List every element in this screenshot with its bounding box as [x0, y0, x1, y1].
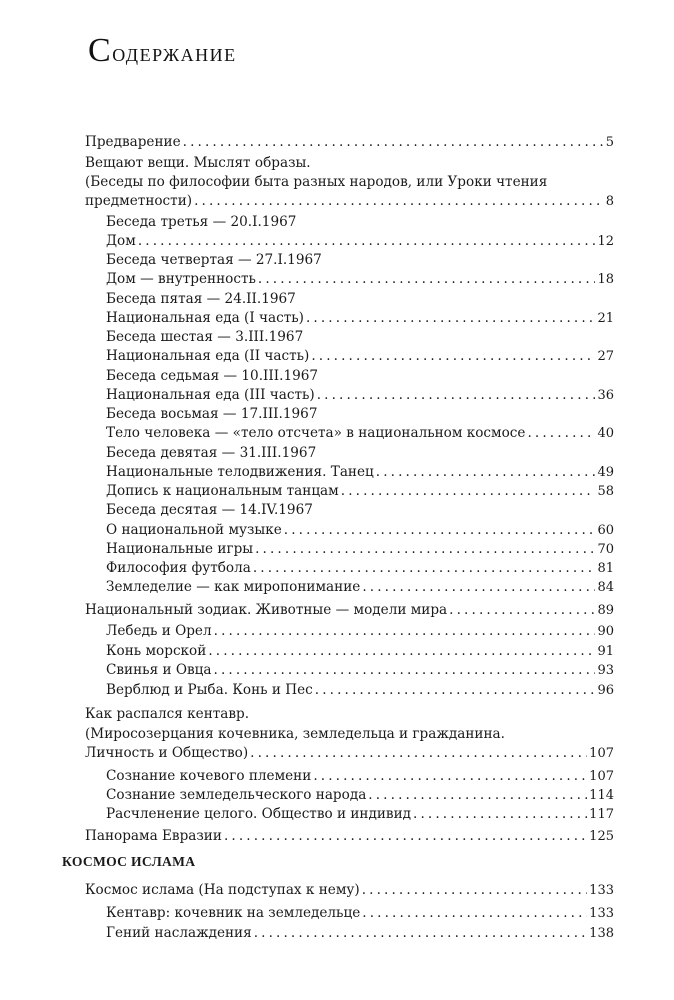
toc-entry-title: Национальная еда (III часть) [106, 385, 315, 405]
dot-leader [413, 804, 587, 824]
toc-page-number: 40 [597, 424, 614, 444]
toc-page-number: 18 [597, 270, 614, 290]
toc-entry[interactable]: Национальные игры70 [106, 539, 614, 559]
toc-entry: Беседа шестая — 3.III.1967 [106, 327, 614, 347]
dot-leader [208, 641, 595, 661]
toc-entry-title: Философия футбола [106, 558, 251, 578]
toc-entry[interactable]: предметности)8 [85, 191, 614, 211]
dot-leader [194, 191, 604, 211]
toc-entry: Беседа девятая — 31.III.1967 [106, 443, 614, 463]
dot-leader [362, 903, 587, 923]
toc-entry-title: Беседа пятая — 24.II.1967 [106, 289, 296, 309]
toc-entry: Беседа десятая — 14.IV.1967 [106, 500, 614, 520]
dot-leader [250, 743, 587, 763]
toc-entry[interactable]: Национальный зодиак. Животные — модели м… [85, 600, 614, 620]
dot-leader [258, 269, 596, 289]
toc-page-number: 117 [589, 805, 614, 825]
toc-entry[interactable]: Верблюд и Рыба. Конь и Пес96 [106, 680, 614, 700]
toc-entry-title: Гений наслаждения [106, 923, 252, 943]
dot-leader [311, 346, 595, 366]
toc-entry-title: Допись к национальным танцам [106, 481, 339, 501]
toc-entry-title: Национальные телодвижения. Танец [106, 462, 374, 482]
dot-leader [254, 923, 587, 943]
toc-entry-title: Национальный зодиак. Животные — модели м… [85, 600, 447, 620]
toc-page-number: 107 [589, 744, 614, 764]
toc-entry[interactable]: Дом12 [106, 231, 614, 251]
dot-leader [315, 680, 596, 700]
toc-entry-title: Свинья и Овца [106, 660, 212, 680]
toc-page-number: 8 [606, 192, 614, 212]
toc-entry-title: Национальные игры [106, 539, 253, 559]
toc-entry-title: Тело человека — «тело отсчета» в национа… [106, 423, 525, 443]
toc-entry-title: Вещают вещи. Мыслят образы. [85, 153, 311, 173]
toc-entry[interactable]: О национальной музыке60 [106, 520, 614, 540]
toc-entry[interactable]: Дом — внутренность18 [106, 269, 614, 289]
page-title-rest: одержание [112, 38, 236, 67]
toc-page-number: 133 [589, 881, 614, 901]
toc-entry[interactable]: Панорама Евразии125 [85, 826, 614, 846]
toc-page-number: 90 [597, 622, 614, 642]
toc-entry: (Беседы по философии быта разных народов… [85, 172, 614, 192]
toc-entry: (Миросозерцания кочевника, земледельца и… [85, 724, 614, 744]
page-title-initial: С [88, 32, 112, 69]
toc-entry-title: Дом — внутренность [106, 269, 256, 289]
toc-page-number: 5 [606, 133, 614, 153]
toc-entry: Беседа четвертая — 27.I.1967 [106, 250, 614, 270]
toc-entry-title: Беседа шестая — 3.III.1967 [106, 327, 303, 347]
toc-entry: Как распался кентавр. [85, 704, 614, 724]
toc-entry-title: Личность и Общество) [85, 743, 248, 763]
toc-page-number: 58 [597, 482, 614, 502]
dot-leader [255, 539, 595, 559]
dot-leader [527, 423, 595, 443]
toc-entry-title: Беседа восьмая — 17.III.1967 [106, 404, 317, 424]
toc-entry-title: Лебедь и Орел [106, 621, 212, 641]
toc-entry-title: (Миросозерцания кочевника, земледельца и… [85, 724, 505, 744]
toc-entry-title: Кентавр: кочевник на земледельце [106, 903, 360, 923]
toc-entry[interactable]: Лебедь и Орел90 [106, 621, 614, 641]
toc-entry-title: Сознание кочевого племени [106, 766, 311, 786]
toc-page-number: 84 [597, 578, 614, 598]
toc-page-number: 133 [589, 904, 614, 924]
toc-entry[interactable]: Гений наслаждения138 [106, 923, 614, 943]
toc-page-number: 91 [597, 642, 614, 662]
toc-entry-title: Национальная еда (I часть) [106, 308, 304, 328]
toc-page-number: 96 [597, 681, 614, 701]
page-title: Содержание [88, 32, 237, 70]
toc-entry[interactable]: Расчленение целого. Общество и индивид11… [106, 804, 614, 824]
dot-leader [183, 132, 604, 152]
toc-entry[interactable]: Космос ислама (На подступах к нему)133 [85, 880, 614, 900]
toc-entry[interactable]: Предварение5 [85, 132, 614, 152]
dot-leader [317, 385, 596, 405]
dot-leader [214, 660, 596, 680]
toc-page-number: 81 [597, 559, 614, 579]
toc-entry: Беседа пятая — 24.II.1967 [106, 289, 614, 309]
toc-entry[interactable]: Национальные телодвижения. Танец49 [106, 462, 614, 482]
toc-entry: Вещают вещи. Мыслят образы. [85, 153, 614, 173]
toc-page-number: 60 [597, 521, 614, 541]
toc-entry-title: Беседа третья — 20.I.1967 [106, 212, 296, 232]
toc-page-number: 21 [597, 309, 614, 329]
toc-entry-title: Конь морской [106, 641, 206, 661]
dot-leader [253, 558, 596, 578]
dot-leader [362, 577, 595, 597]
dot-leader [376, 462, 596, 482]
toc-entry[interactable]: Конь морской91 [106, 641, 614, 661]
toc-entry-title: Сознание земледельческого народа [106, 785, 366, 805]
toc-entry[interactable]: Допись к национальным танцам58 [106, 481, 614, 501]
toc-entry-title: О национальной музыке [106, 520, 282, 540]
toc-page-number: 27 [597, 347, 614, 367]
toc-page-number: 49 [597, 463, 614, 483]
toc-page-number: 125 [589, 827, 614, 847]
toc-entry-title: Беседа четвертая — 27.I.1967 [106, 250, 322, 270]
toc-entry[interactable]: Национальная еда (III часть)36 [106, 385, 614, 405]
toc-page-number: 89 [597, 601, 614, 621]
toc-entry[interactable]: Сознание земледельческого народа114 [106, 785, 614, 805]
toc-page-number: 36 [597, 386, 614, 406]
dot-leader [368, 785, 587, 805]
toc-entry[interactable]: Свинья и Овца93 [106, 660, 614, 680]
toc-page-number: 107 [589, 767, 614, 787]
toc-entry[interactable]: Национальная еда (I часть)21 [106, 308, 614, 328]
dot-leader [138, 231, 596, 251]
toc-entry[interactable]: Сознание кочевого племени107 [106, 766, 614, 786]
toc-entry-title: Панорама Евразии [85, 826, 222, 846]
toc-entry-title: Верблюд и Рыба. Конь и Пес [106, 680, 313, 700]
toc-entry-title: Предварение [85, 132, 181, 152]
dot-leader [224, 826, 587, 846]
toc-entry[interactable]: Тело человека — «тело отсчета» в национа… [106, 423, 614, 443]
toc-entry-title: Космос ислама (На подступах к нему) [85, 880, 360, 900]
toc-entry-title: Национальная еда (II часть) [106, 346, 309, 366]
toc-entry-title: Беседа десятая — 14.IV.1967 [106, 500, 313, 520]
toc-page-number: 12 [597, 232, 614, 252]
toc-entry-title: Как распался кентавр. [85, 704, 249, 724]
toc-entry[interactable]: Национальная еда (II часть)27 [106, 346, 614, 366]
toc-page-number: 138 [589, 924, 614, 944]
toc-entry-title: (Беседы по философии быта разных народов… [85, 172, 547, 192]
dot-leader [214, 621, 596, 641]
toc-entry: Беседа седьмая — 10.III.1967 [106, 366, 614, 386]
toc-entry: Беседа восьмая — 17.III.1967 [106, 404, 614, 424]
toc-entry-title: предметности) [85, 191, 192, 211]
toc-entry[interactable]: Кентавр: кочевник на земледельце133 [106, 903, 614, 923]
dot-leader [341, 481, 596, 501]
dot-leader [284, 520, 596, 540]
toc-entry: Беседа третья — 20.I.1967 [106, 212, 614, 232]
toc-page-number: 70 [597, 540, 614, 560]
section-heading: КОСМОС ИСЛАМА [62, 852, 195, 872]
toc-entry-title: Дом [106, 231, 136, 251]
toc-entry-title: Расчленение целого. Общество и индивид [106, 804, 411, 824]
toc-entry-title: Беседа девятая — 31.III.1967 [106, 443, 316, 463]
dot-leader [362, 880, 587, 900]
toc-entry[interactable]: Земледелие — как миропонимание84 [106, 577, 614, 597]
dot-leader [313, 766, 587, 786]
toc-entry-title: Земледелие — как миропонимание [106, 577, 360, 597]
toc-entry[interactable]: Философия футбола81 [106, 558, 614, 578]
toc-page-number: 114 [589, 786, 614, 806]
toc-entry-title: Беседа седьмая — 10.III.1967 [106, 366, 318, 386]
toc-page-number: 93 [597, 661, 614, 681]
dot-leader [306, 308, 595, 328]
toc-entry[interactable]: Личность и Общество)107 [85, 743, 614, 763]
dot-leader [449, 600, 595, 620]
